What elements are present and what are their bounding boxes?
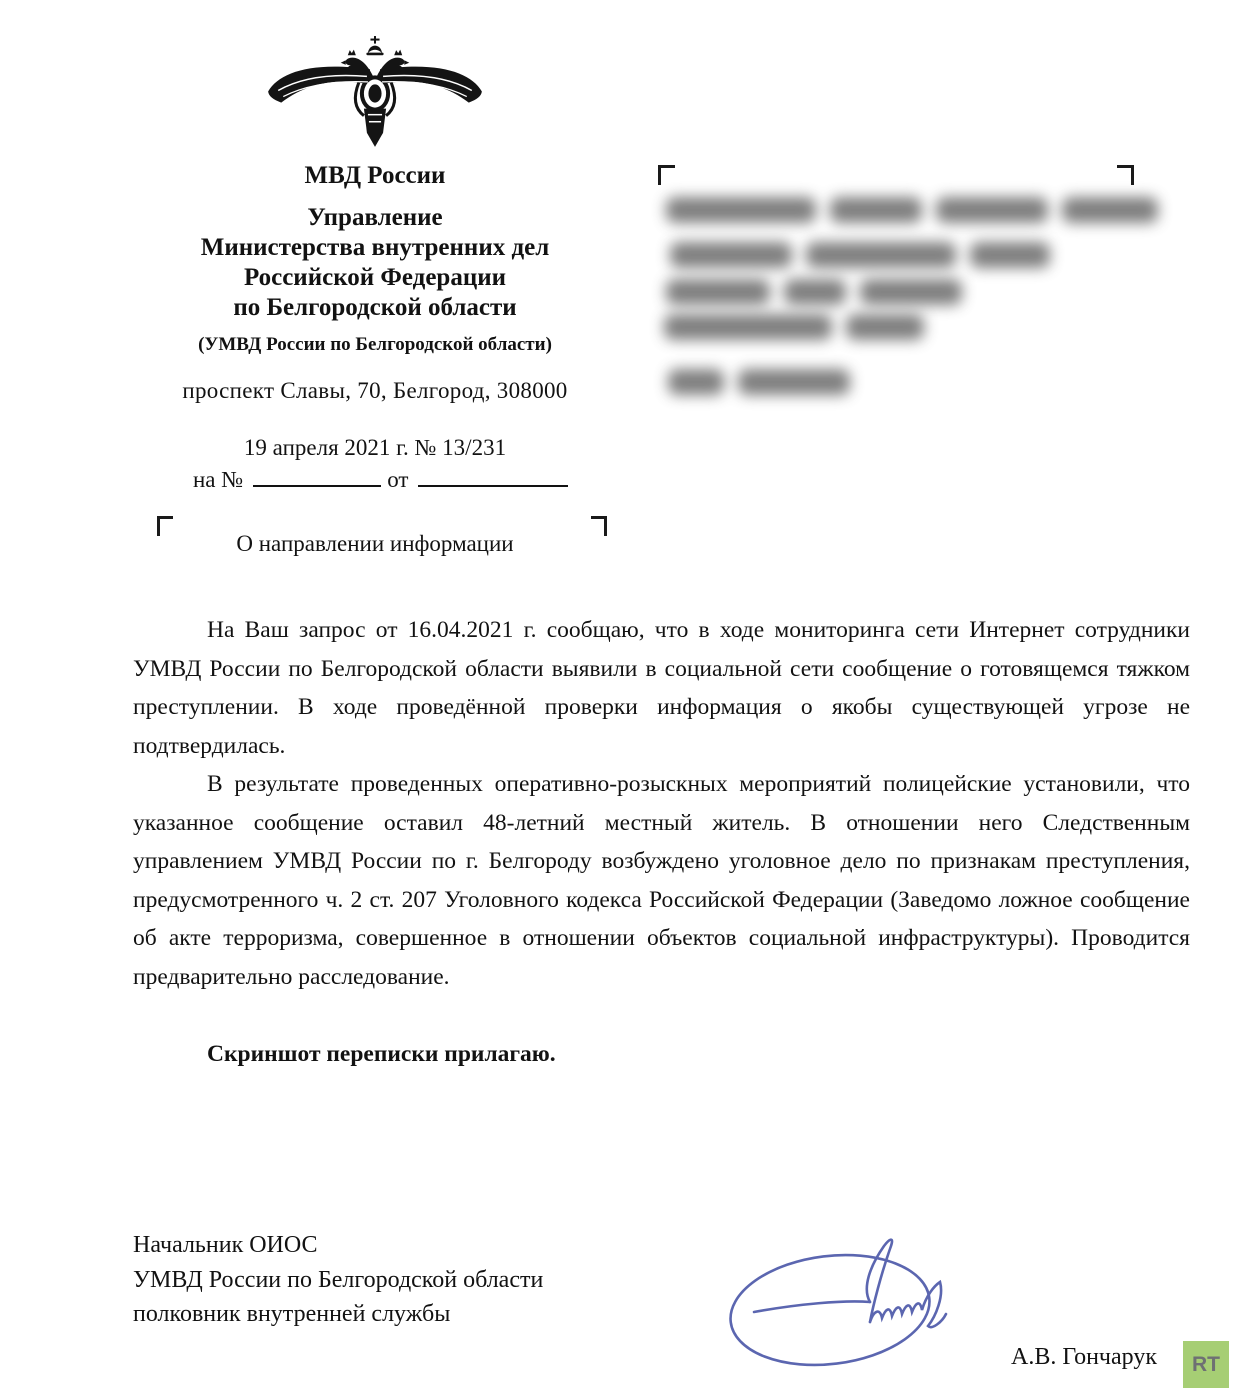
org-name: Управление Министерства внутренних дел Р… — [133, 203, 617, 323]
org-name-line: Управление — [133, 203, 617, 233]
body-paragraph: На Ваш запрос от 16.04.2021 г. сообщаю, … — [133, 611, 1190, 765]
org-abbrev: (УМВД России по Белгородской области) — [133, 334, 617, 356]
reply-date-blank — [418, 465, 568, 487]
corner-bracket-top-right-icon — [1117, 165, 1134, 185]
redacted-line — [664, 314, 924, 340]
redacted-line — [666, 197, 1158, 223]
org-address: проспект Славы, 70, Белгород, 308000 — [133, 378, 617, 404]
reply-prefix: на № — [193, 467, 243, 492]
official-letter-page: МВД России Управление Министерства внутр… — [0, 0, 1234, 1388]
agency-title: МВД России — [133, 162, 617, 190]
recipient-block-redacted — [658, 165, 1160, 410]
signer-name: А.В. Гончарук — [1011, 1344, 1157, 1371]
reply-reference-line: на №от — [133, 465, 617, 493]
signer-position-line: полковник внутренней службы — [133, 1297, 543, 1332]
letterhead: МВД России Управление Министерства внутр… — [133, 32, 617, 493]
handwritten-signature-icon — [718, 1226, 968, 1384]
org-name-line: Министерства внутренних дел — [133, 233, 617, 263]
redacted-line — [666, 279, 962, 305]
signer-position-line: УМВД России по Белгородской области — [133, 1263, 543, 1298]
reply-infix: от — [387, 467, 408, 492]
redacted-line — [668, 369, 850, 395]
reply-number-blank — [253, 465, 381, 487]
corner-bracket-top-left-icon — [658, 165, 675, 185]
signature-block: Начальник ОИОС УМВД России по Белгородск… — [133, 1228, 1190, 1388]
org-name-line: Российской Федерации — [133, 263, 617, 293]
mvd-double-headed-eagle-icon — [264, 32, 486, 155]
org-name-line: по Белгородской области — [133, 293, 617, 323]
letter-date-number: 19 апреля 2021 г. № 13/231 — [133, 435, 617, 461]
rt-logo-watermark: RT — [1183, 1341, 1229, 1388]
letter-subject: О направлении информации — [133, 531, 617, 557]
signer-position-line: Начальник ОИОС — [133, 1228, 543, 1263]
signer-position: Начальник ОИОС УМВД России по Белгородск… — [133, 1228, 543, 1332]
letter-body: На Ваш запрос от 16.04.2021 г. сообщаю, … — [133, 611, 1190, 1074]
rt-logo-label: RT — [1192, 1353, 1220, 1377]
body-paragraph: В результате проведенных оперативно-розы… — [133, 765, 1190, 996]
attachment-note: Скриншот переписки прилагаю. — [133, 1035, 1190, 1074]
redacted-line — [670, 242, 1050, 268]
